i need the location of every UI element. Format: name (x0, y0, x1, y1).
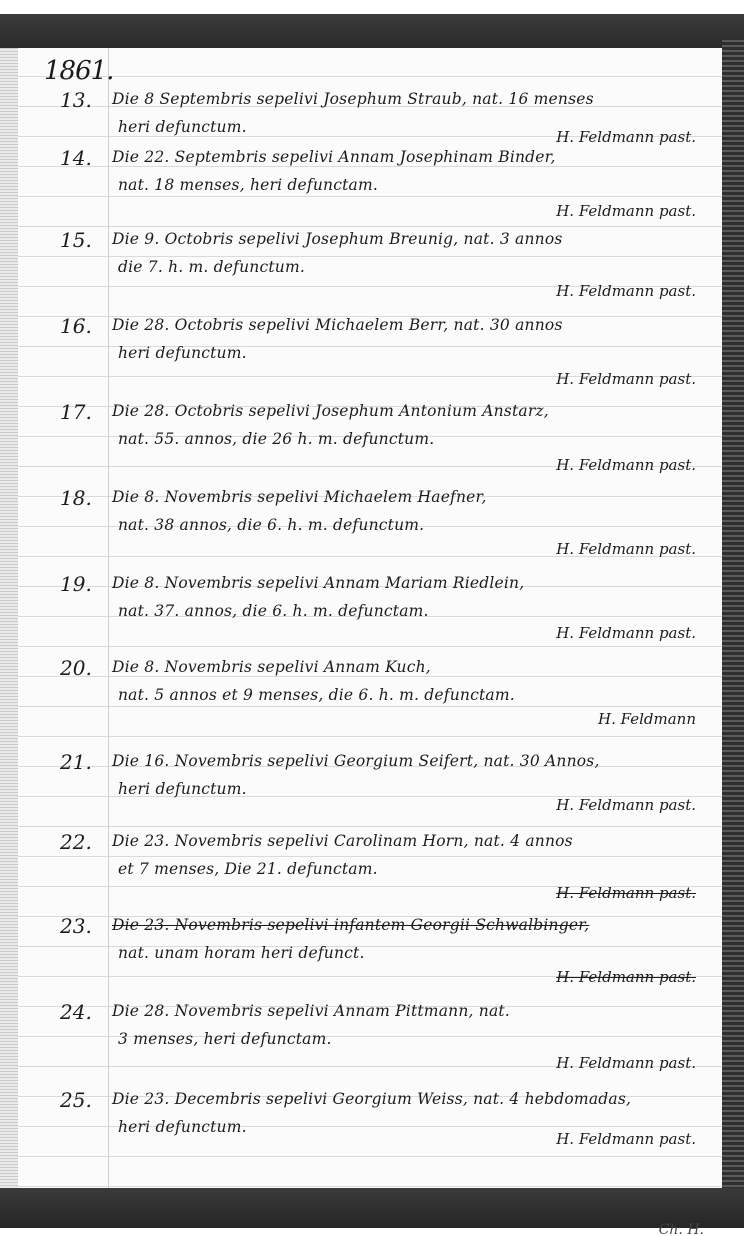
entry-number: 14. (60, 146, 92, 170)
entry-line-2: nat. 37. annos, die 6. h. m. defunctam. (118, 602, 429, 620)
entry-line-2: heri defunctum. (118, 118, 247, 136)
entry-number: 18. (60, 486, 92, 510)
scan-bottom-border (0, 1188, 744, 1228)
entry-signature: H. Feldmann past. (556, 1054, 696, 1072)
entry-number: 17. (60, 400, 92, 424)
entry-signature: H. Feldmann (598, 710, 696, 728)
entry-line-2: 3 menses, heri defunctam. (118, 1030, 332, 1048)
entry-signature: H. Feldmann past. (556, 1130, 696, 1148)
entry-signature: H. Feldmann past. (556, 624, 696, 642)
entry-line-2: heri defunctum. (118, 344, 247, 362)
scan-left-edge (0, 48, 18, 1188)
entry-signature: H. Feldmann past. (556, 282, 696, 300)
entry-signature: H. Feldmann past. (556, 540, 696, 558)
entry-line-1: Die 23. Novembris sepelivi Carolinam Hor… (112, 832, 573, 850)
entry-line-1: Die 22. Septembris sepelivi Annam Joseph… (112, 148, 556, 166)
entry-line-1: Die 28. Octobris sepelivi Michaelem Berr… (112, 316, 563, 334)
entry-number: 20. (60, 656, 92, 680)
entry-signature: H. Feldmann past. (556, 456, 696, 474)
entry-number: 19. (60, 572, 92, 596)
entry-line-1: Die 9. Octobris sepelivi Josephum Breuni… (112, 230, 563, 248)
entry-number: 21. (60, 750, 92, 774)
entry-line-2: nat. 18 menses, heri defunctam. (118, 176, 378, 194)
entry-line-1: Die 23. Decembris sepelivi Georgium Weis… (112, 1090, 631, 1108)
entry-number: 25. (60, 1088, 92, 1112)
entry-line-2: nat. 38 annos, die 6. h. m. defunctum. (118, 516, 424, 534)
entry-signature: H. Feldmann past. (556, 968, 696, 986)
margin-rule (108, 48, 109, 1188)
entry-signature: H. Feldmann past. (556, 202, 696, 220)
entry-number: 22. (60, 830, 92, 854)
entry-line-1: Die 8. Novembris sepelivi Annam Mariam R… (112, 574, 524, 592)
entry-line-2: nat. unam horam heri defunct. (118, 944, 365, 962)
entry-line-2: et 7 menses, Die 21. defunctam. (118, 860, 378, 878)
entry-signature: H. Feldmann past. (556, 370, 696, 388)
footer-fragment: Ch. H. (659, 1222, 704, 1236)
entry-number: 15. (60, 228, 92, 252)
entry-line-1: Die 28. Novembris sepelivi Annam Pittman… (112, 1002, 510, 1020)
scan-right-border (722, 40, 744, 1190)
entry-line-1: Die 23. Novembris sepelivi infantem Geor… (112, 916, 589, 934)
entry-number: 16. (60, 314, 92, 338)
entry-signature: H. Feldmann past. (556, 128, 696, 146)
entry-signature: H. Feldmann past. (556, 796, 696, 814)
entry-line-1: Die 8. Novembris sepelivi Annam Kuch, (112, 658, 431, 676)
entry-line-2: heri defunctum. (118, 1118, 247, 1136)
entry-line-1: Die 16. Novembris sepelivi Georgium Seif… (112, 752, 600, 770)
entry-number: 24. (60, 1000, 92, 1024)
entry-line-2: heri defunctum. (118, 780, 247, 798)
entry-signature: H. Feldmann past. (556, 884, 696, 902)
page-year: 1861. (44, 56, 113, 86)
entry-line-2: nat. 55. annos, die 26 h. m. defunctum. (118, 430, 434, 448)
entry-number: 13. (60, 88, 92, 112)
scan-top-border (0, 14, 744, 48)
entry-line-2: die 7. h. m. defunctum. (118, 258, 305, 276)
entry-line-2: nat. 5 annos et 9 menses, die 6. h. m. d… (118, 686, 515, 704)
entry-number: 23. (60, 914, 92, 938)
entry-line-1: Die 8. Novembris sepelivi Michaelem Haef… (112, 488, 487, 506)
entry-line-1: Die 28. Octobris sepelivi Josephum Anton… (112, 402, 549, 420)
entry-line-1: Die 8 Septembris sepelivi Josephum Strau… (112, 90, 594, 108)
